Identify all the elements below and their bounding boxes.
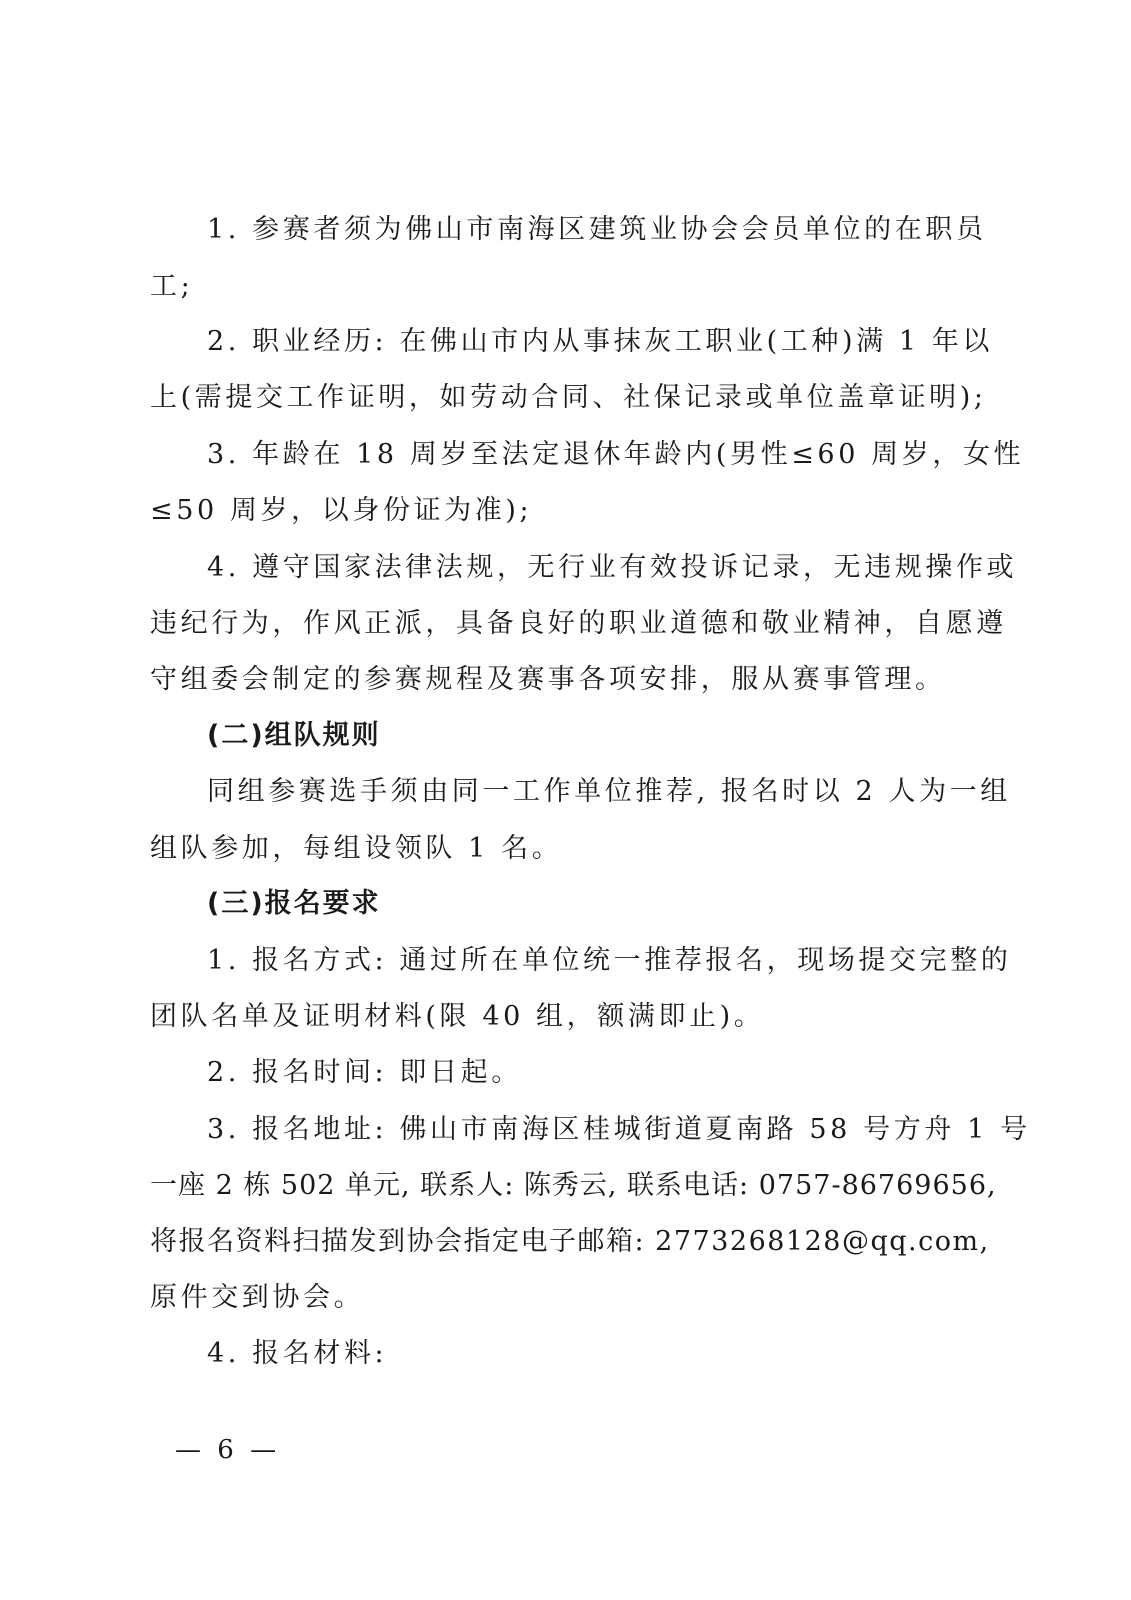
section-heading-registration-requirements: (三)报名要求 [207,884,381,924]
paragraph-line: 2. 报名时间: 即日起。 [207,1053,972,1093]
paragraph-line: ≤50 周岁，以身份证为准); [150,491,972,531]
paragraph-line: 4. 报名材料: [207,1334,972,1374]
paragraph-line: 团队名单及证明材料(限 40 组，额满即止)。 [150,997,972,1037]
paragraph-line: 一座 2 栋 502 单元, 联系人: 陈秀云, 联系电话: 0757-8676… [150,1166,972,1206]
paragraph-line: 2. 职业经历: 在佛山市内从事抹灰工职业(工种)满 1 年以 [207,322,972,362]
paragraph-line: 4. 遵守国家法律法规，无行业有效投诉记录，无违规操作或 [207,548,972,588]
paragraph-line: 1. 报名方式: 通过所在单位统一推荐报名，现场提交完整的 [207,941,972,981]
paragraph-line: 3. 报名地址: 佛山市南海区桂城街道夏南路 58 号方舟 1 号 [207,1110,972,1150]
page-number: — 6 — [175,1432,280,1468]
paragraph-line: 工; [150,267,972,307]
paragraph-line: 守组委会制定的参赛规程及赛事各项安排，服从赛事管理。 [150,660,972,700]
paragraph-line: 3. 年龄在 18 周岁至法定退休年龄内(男性≤60 周岁，女性 [207,435,972,475]
paragraph-line: 原件交到协会。 [150,1278,972,1318]
document-page: 1. 参赛者须为佛山市南海区建筑业协会会员单位的在职员 工; 2. 职业经历: … [0,0,1131,1600]
paragraph-line: 同组参赛选手须由同一工作单位推荐, 报名时以 2 人为一组 [207,772,972,812]
paragraph-line: 违纪行为，作风正派，具备良好的职业道德和敬业精神，自愿遵 [150,604,972,644]
paragraph-line: 将报名资料扫描发到协会指定电子邮箱: 2773268128@qq.com, [150,1222,972,1262]
paragraph-line: 组队参加，每组设领队 1 名。 [150,829,972,869]
paragraph-line: 1. 参赛者须为佛山市南海区建筑业协会会员单位的在职员 [207,210,972,250]
paragraph-line: 上(需提交工作证明，如劳动合同、社保记录或单位盖章证明); [150,378,972,418]
section-heading-team-rules: (二)组队规则 [207,716,381,756]
